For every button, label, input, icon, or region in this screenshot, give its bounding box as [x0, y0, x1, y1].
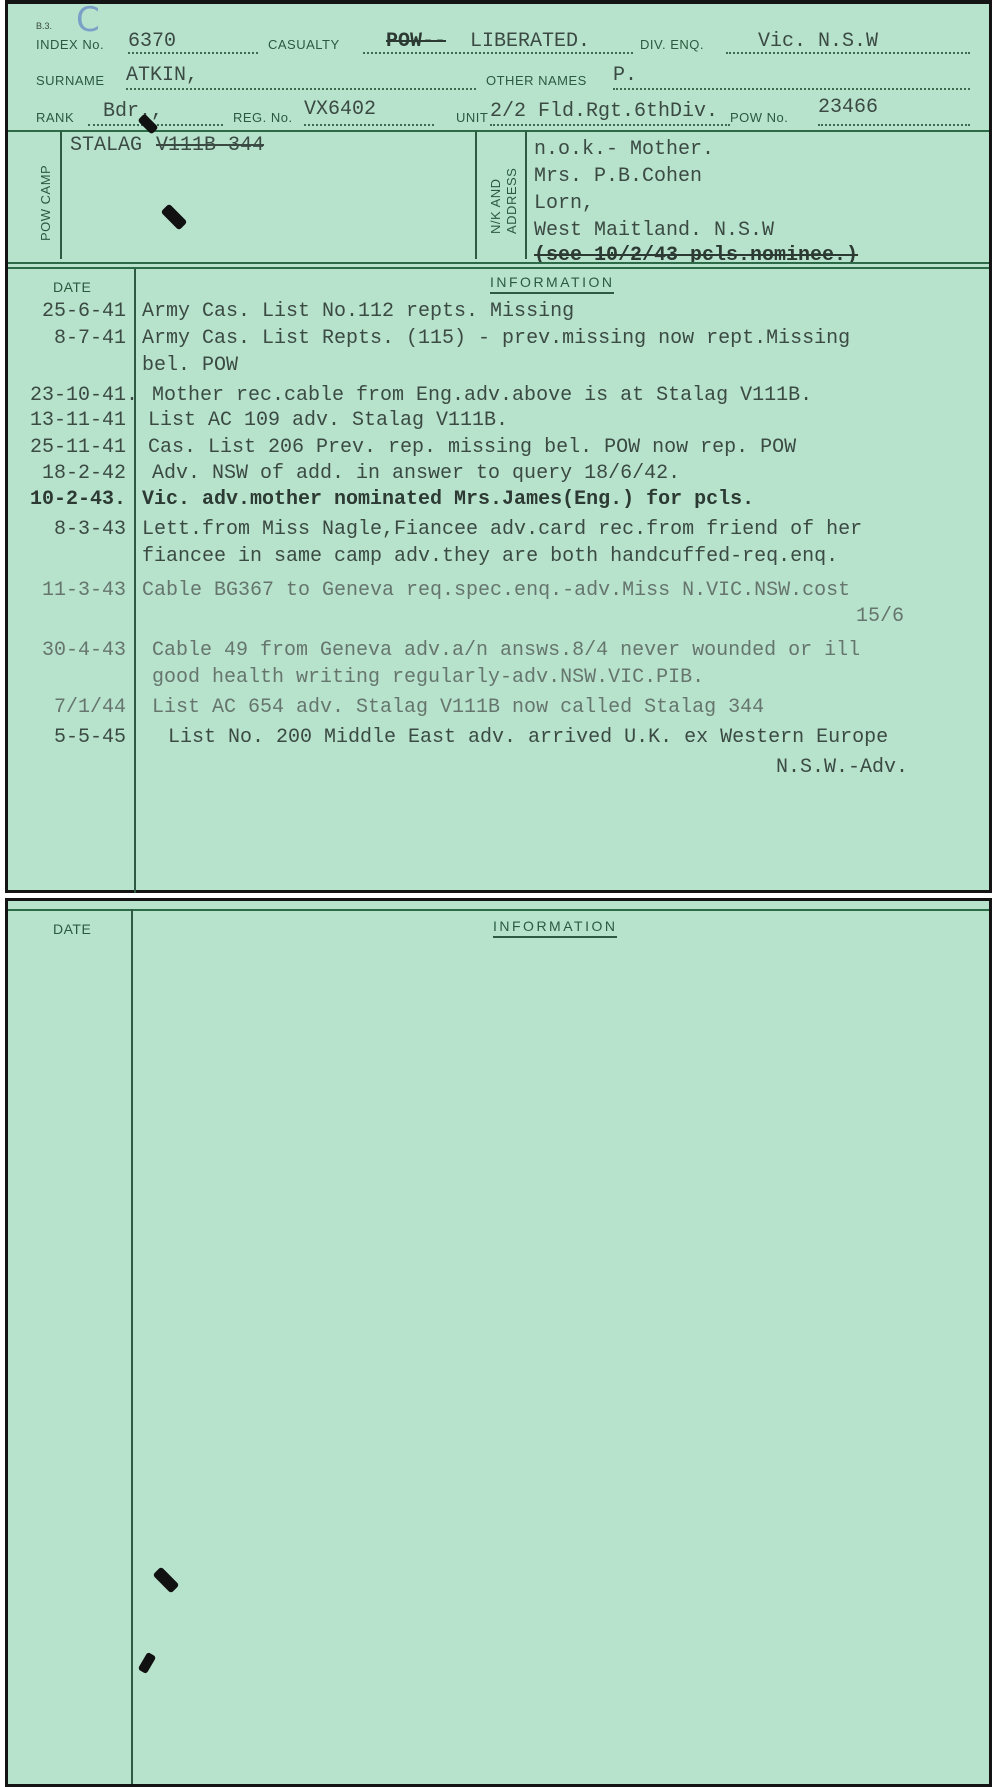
entry-date: 7/1/44 — [8, 696, 126, 719]
entry-text: Army Cas. List No.112 repts. Missing — [142, 300, 574, 323]
reg-no-value: VX6402 — [304, 98, 376, 121]
pow-no-line — [818, 124, 970, 126]
back-date-column-header: DATE — [53, 921, 91, 937]
record-card-front: B.3. C INDEX No. 6370 CASUALTY POW-- LIB… — [5, 0, 992, 893]
entry-text: N.S.W.-Adv. — [776, 756, 908, 779]
entry-text: good health writing regularly-adv.NSW.VI… — [152, 666, 704, 689]
section-divider-top — [8, 262, 989, 264]
back-top-divider — [8, 909, 989, 911]
div-enq-value: Vic. N.S.W — [758, 30, 878, 53]
pow-no-label: POW No. — [730, 110, 788, 125]
entry-date: 13-11-41 — [8, 409, 126, 432]
div-enq-label: DIV. ENQ. — [640, 37, 704, 52]
entry-date: 25-11-41 — [8, 436, 126, 459]
form-code: B.3. — [36, 21, 52, 31]
entry-date: 18-2-42 — [8, 462, 126, 485]
unit-label: UNIT — [456, 110, 488, 125]
rank-label: RANK — [36, 110, 74, 125]
pow-camp-value: STALAG — [70, 134, 142, 157]
reg-no-label: REG. No. — [233, 110, 293, 125]
date-column-divider — [134, 269, 136, 893]
entry-date: 8-3-43 — [8, 518, 126, 541]
camp-label-divider — [60, 131, 62, 259]
reg-no-line — [304, 124, 434, 126]
entry-text: Lett.from Miss Nagle,Fiancee adv.card re… — [142, 518, 862, 541]
entry-text: fiancee in same camp adv.they are both h… — [142, 545, 838, 568]
information-column-header: INFORMATION — [490, 274, 614, 294]
entry-text: Cas. List 206 Prev. rep. missing bel. PO… — [148, 436, 796, 459]
entry-text: List AC 109 adv. Stalag V111B. — [148, 409, 508, 432]
entry-text: List No. 200 Middle East adv. arrived U.… — [168, 726, 888, 749]
nok-divider-left — [475, 131, 477, 259]
index-no-value: 6370 — [128, 30, 176, 53]
pow-camp-struck-value: V111B 344 — [156, 134, 264, 157]
other-names-label: OTHER NAMES — [486, 73, 587, 88]
entry-text: Cable BG367 to Geneva req.spec.enq.-adv.… — [142, 579, 850, 602]
entry-date: 11-3-43 — [8, 579, 126, 602]
entry-text: bel. POW — [142, 354, 238, 377]
entry-text: Adv. NSW of add. in answer to query 18/6… — [152, 462, 680, 485]
div-enq-line — [726, 52, 970, 54]
rank-value: Bdr., — [103, 100, 163, 123]
entry-text: 15/6 — [856, 605, 904, 628]
nok-line: Lorn, — [534, 192, 594, 215]
entry-date: 23-10-41. — [8, 384, 138, 407]
back-date-column-divider — [131, 909, 133, 1784]
entry-text: List AC 654 adv. Stalag V111B now called… — [152, 696, 764, 719]
unit-value: 2/2 Fld.Rgt.6thDiv. — [490, 100, 718, 123]
nok-line: n.o.k.- Mother. — [534, 138, 714, 161]
surname-label: SURNAME — [36, 73, 105, 88]
nok-label-divider — [525, 131, 527, 259]
date-column-header: DATE — [53, 279, 91, 295]
nok-label-line1: N/K AND — [488, 178, 503, 234]
staple-hole — [138, 1652, 157, 1674]
nok-label-line2: ADDRESS — [504, 168, 519, 234]
section-divider-bottom — [8, 267, 989, 269]
casualty-value: LIBERATED. — [470, 30, 590, 53]
entry-date: 30-4-43 — [8, 639, 126, 662]
casualty-label: CASUALTY — [268, 37, 340, 52]
index-no-label: INDEX No. — [36, 37, 104, 52]
staple-hole — [153, 1567, 180, 1594]
pencil-mark: C — [76, 0, 100, 40]
surname-value: ATKIN, — [126, 64, 198, 87]
unit-line — [490, 124, 730, 126]
index-no-line — [128, 52, 258, 54]
surname-line — [126, 88, 476, 90]
entry-text: Vic. adv.mother nominated Mrs.James(Eng.… — [142, 488, 754, 511]
other-names-value: P. — [613, 64, 637, 87]
pow-no-value: 23466 — [818, 96, 878, 119]
entry-text: Mother rec.cable from Eng.adv.above is a… — [152, 384, 812, 407]
casualty-line — [363, 52, 633, 54]
back-information-column-header: INFORMATION — [493, 918, 617, 938]
nok-line: West Maitland. N.S.W — [534, 219, 774, 242]
entry-date: 5-5-45 — [8, 726, 126, 749]
staple-hole — [161, 204, 188, 231]
entry-text: Cable 49 from Geneva adv.a/n answs.8/4 n… — [152, 639, 860, 662]
entry-text: Army Cas. List Repts. (115) - prev.missi… — [142, 327, 850, 350]
casualty-struck-value: POW-- — [386, 30, 446, 53]
entry-date: 8-7-41 — [8, 327, 126, 350]
entry-date: 25-6-41 — [8, 300, 126, 323]
nok-line: Mrs. P.B.Cohen — [534, 165, 702, 188]
other-names-line — [613, 88, 970, 90]
entry-date: 10-2-43. — [8, 488, 126, 511]
pow-camp-label: POW CAMP — [38, 165, 53, 241]
record-card-back: DATE INFORMATION — [5, 898, 992, 1787]
